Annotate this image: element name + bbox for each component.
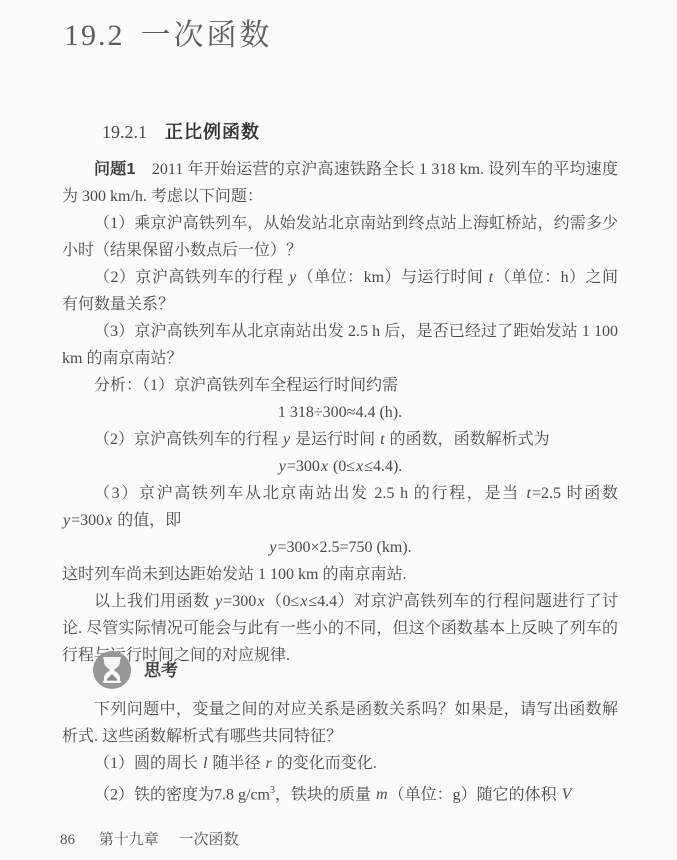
paragraph-think-item-1: （1）圆的周长 l 随半径 r 的变化而变化. xyxy=(62,750,618,777)
paragraph-think-item-2: （2）铁的密度为7.8 g/cm3，铁块的质量 m（单位：g）随它的体积 V xyxy=(62,777,618,808)
formula-distance: y=300×2.5=750 (km). xyxy=(62,534,618,561)
section-number: 19.2.1 xyxy=(102,122,147,142)
formula-travel-time: 1 318÷300≈4.4 (h). xyxy=(62,399,618,426)
page-number: 86 xyxy=(60,832,75,848)
paragraph-analysis-2: （2）京沪高铁列车的行程 y 是运行时间 t 的函数，函数解析式为 xyxy=(62,426,618,453)
think-section: 思考 下列问题中，变量之间的对应关系是函数关系吗？如果是，请写出函数解析式. 这… xyxy=(62,650,618,808)
paragraph-question-2: （2）京沪高铁列车的行程 y（单位：km）与运行时间 t（单位：h）之间有何数量… xyxy=(62,264,618,318)
hourglass-icon xyxy=(92,650,132,690)
think-header: 思考 xyxy=(92,650,618,690)
page-footer: 86 第十九章 一次函数 xyxy=(60,828,239,849)
paragraph-question-3: （3）京沪高铁列车从北京南站出发 2.5 h 后，是否已经过了距始发站 1 10… xyxy=(62,318,618,372)
textbook-page: 19.2一次函数 19.2.1正比例函数 问题1 2011 年开始运营的京沪高速… xyxy=(0,0,677,860)
chapter-name: 一次函数 xyxy=(141,19,273,52)
body-content: 问题1 2011 年开始运营的京沪高速铁路全长 1 318 km. 设列车的平均… xyxy=(62,156,618,669)
paragraph-analysis-1: 分析：（1）京沪高铁列车全程运行时间约需 xyxy=(62,372,618,399)
think-heading: 思考 xyxy=(144,657,178,684)
paragraph-problem1-intro: 问题1 2011 年开始运营的京沪高速铁路全长 1 318 km. 设列车的平均… xyxy=(62,156,618,210)
footer-chapter-name: 一次函数 xyxy=(179,832,239,848)
chapter-number: 19.2 xyxy=(64,19,125,52)
chapter-title: 19.2一次函数 xyxy=(64,10,273,54)
footer-chapter-label: 第十九章 xyxy=(99,832,159,848)
paragraph-question-1: （1）乘京沪高铁列车，从始发站北京南站到终点站上海虹桥站，约需多少小时（结果保留… xyxy=(62,210,618,264)
paragraph-conclusion: 这时列车尚未到达距始发站 1 100 km 的南京南站. xyxy=(62,561,618,588)
paragraph-think-question: 下列问题中，变量之间的对应关系是函数关系吗？如果是，请写出函数解析式. 这些函数… xyxy=(62,696,618,750)
section-heading: 19.2.1正比例函数 xyxy=(102,118,260,144)
paragraph-analysis-3: （3）京沪高铁列车从北京南站出发 2.5 h 的行程，是当 t=2.5 时函数 … xyxy=(62,480,618,534)
section-name: 正比例函数 xyxy=(165,122,260,142)
formula-function: y=300x (0≤x≤4.4). xyxy=(62,453,618,480)
